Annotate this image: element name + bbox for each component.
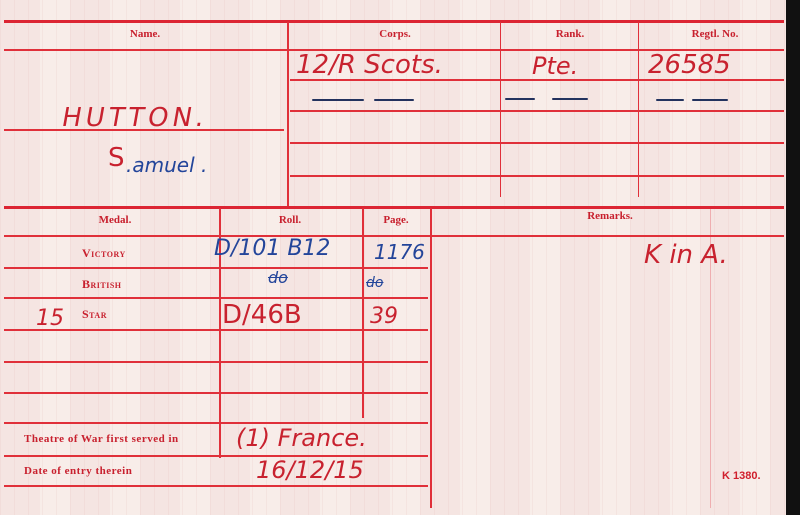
forename-initial: S: [108, 143, 125, 173]
surname: HUTTON.: [59, 103, 210, 133]
date-label: Date of entry therein: [24, 465, 132, 477]
medal-label-british: British: [82, 277, 122, 292]
theatre-value: (1) France.: [236, 424, 367, 452]
rule: [290, 142, 784, 144]
rule: [4, 485, 428, 487]
remarks-value: K in A.: [644, 240, 728, 270]
ditto-dash: [552, 98, 588, 100]
medal-index-card: Name. Corps. Rank. Regtl. No. HUTTON. S …: [0, 0, 786, 515]
section-divider: [4, 206, 784, 209]
corps-header: Corps.: [340, 28, 450, 40]
star-prefix: 15: [36, 306, 64, 331]
medal-header: Medal.: [60, 214, 170, 226]
column-divider: [500, 22, 501, 197]
rule: [290, 175, 784, 177]
column-divider: [638, 22, 639, 197]
medal-label-victory: Victory: [82, 246, 126, 261]
ditto-dash: [374, 99, 414, 101]
british-page-ditto: do: [366, 275, 383, 291]
ditto-dash: [656, 99, 684, 101]
british-roll-ditto: do: [268, 268, 288, 287]
rule: [4, 267, 428, 269]
column-divider: [430, 208, 432, 508]
ditto-dash: [505, 98, 535, 100]
rule: [4, 455, 428, 457]
star-roll: D/46B: [222, 300, 302, 330]
ditto-dash: [692, 99, 728, 101]
rule: [4, 297, 428, 299]
rank-value: Pte.: [532, 52, 578, 80]
victory-roll: D/101 B12: [214, 236, 330, 261]
column-divider: [287, 22, 289, 206]
regtl-no-header: Regtl. No.: [650, 28, 780, 40]
column-divider: [362, 208, 364, 418]
remarks-header: Remarks.: [560, 210, 660, 222]
top-rule: [4, 20, 784, 23]
ditto-dash: [312, 99, 364, 101]
regtl-no-value: 26585: [648, 50, 731, 80]
rule: [290, 110, 784, 112]
forename-rest: .amuel .: [126, 153, 207, 177]
date-value: 16/12/15: [256, 456, 364, 484]
rule: [4, 235, 784, 237]
form-reference: K 1380.: [722, 470, 761, 482]
rule: [4, 392, 428, 394]
roll-header: Roll.: [240, 214, 340, 226]
victory-page: 1176: [374, 240, 425, 264]
rank-header: Rank.: [520, 28, 620, 40]
rule: [4, 329, 428, 331]
theatre-label: Theatre of War first served in: [24, 433, 179, 445]
star-page: 39: [370, 304, 398, 329]
medal-label-star: Star: [82, 307, 107, 322]
corps-value: 12/R Scots.: [296, 50, 443, 80]
page-header: Page.: [365, 214, 427, 226]
rule: [4, 361, 428, 363]
name-header: Name.: [90, 28, 200, 40]
